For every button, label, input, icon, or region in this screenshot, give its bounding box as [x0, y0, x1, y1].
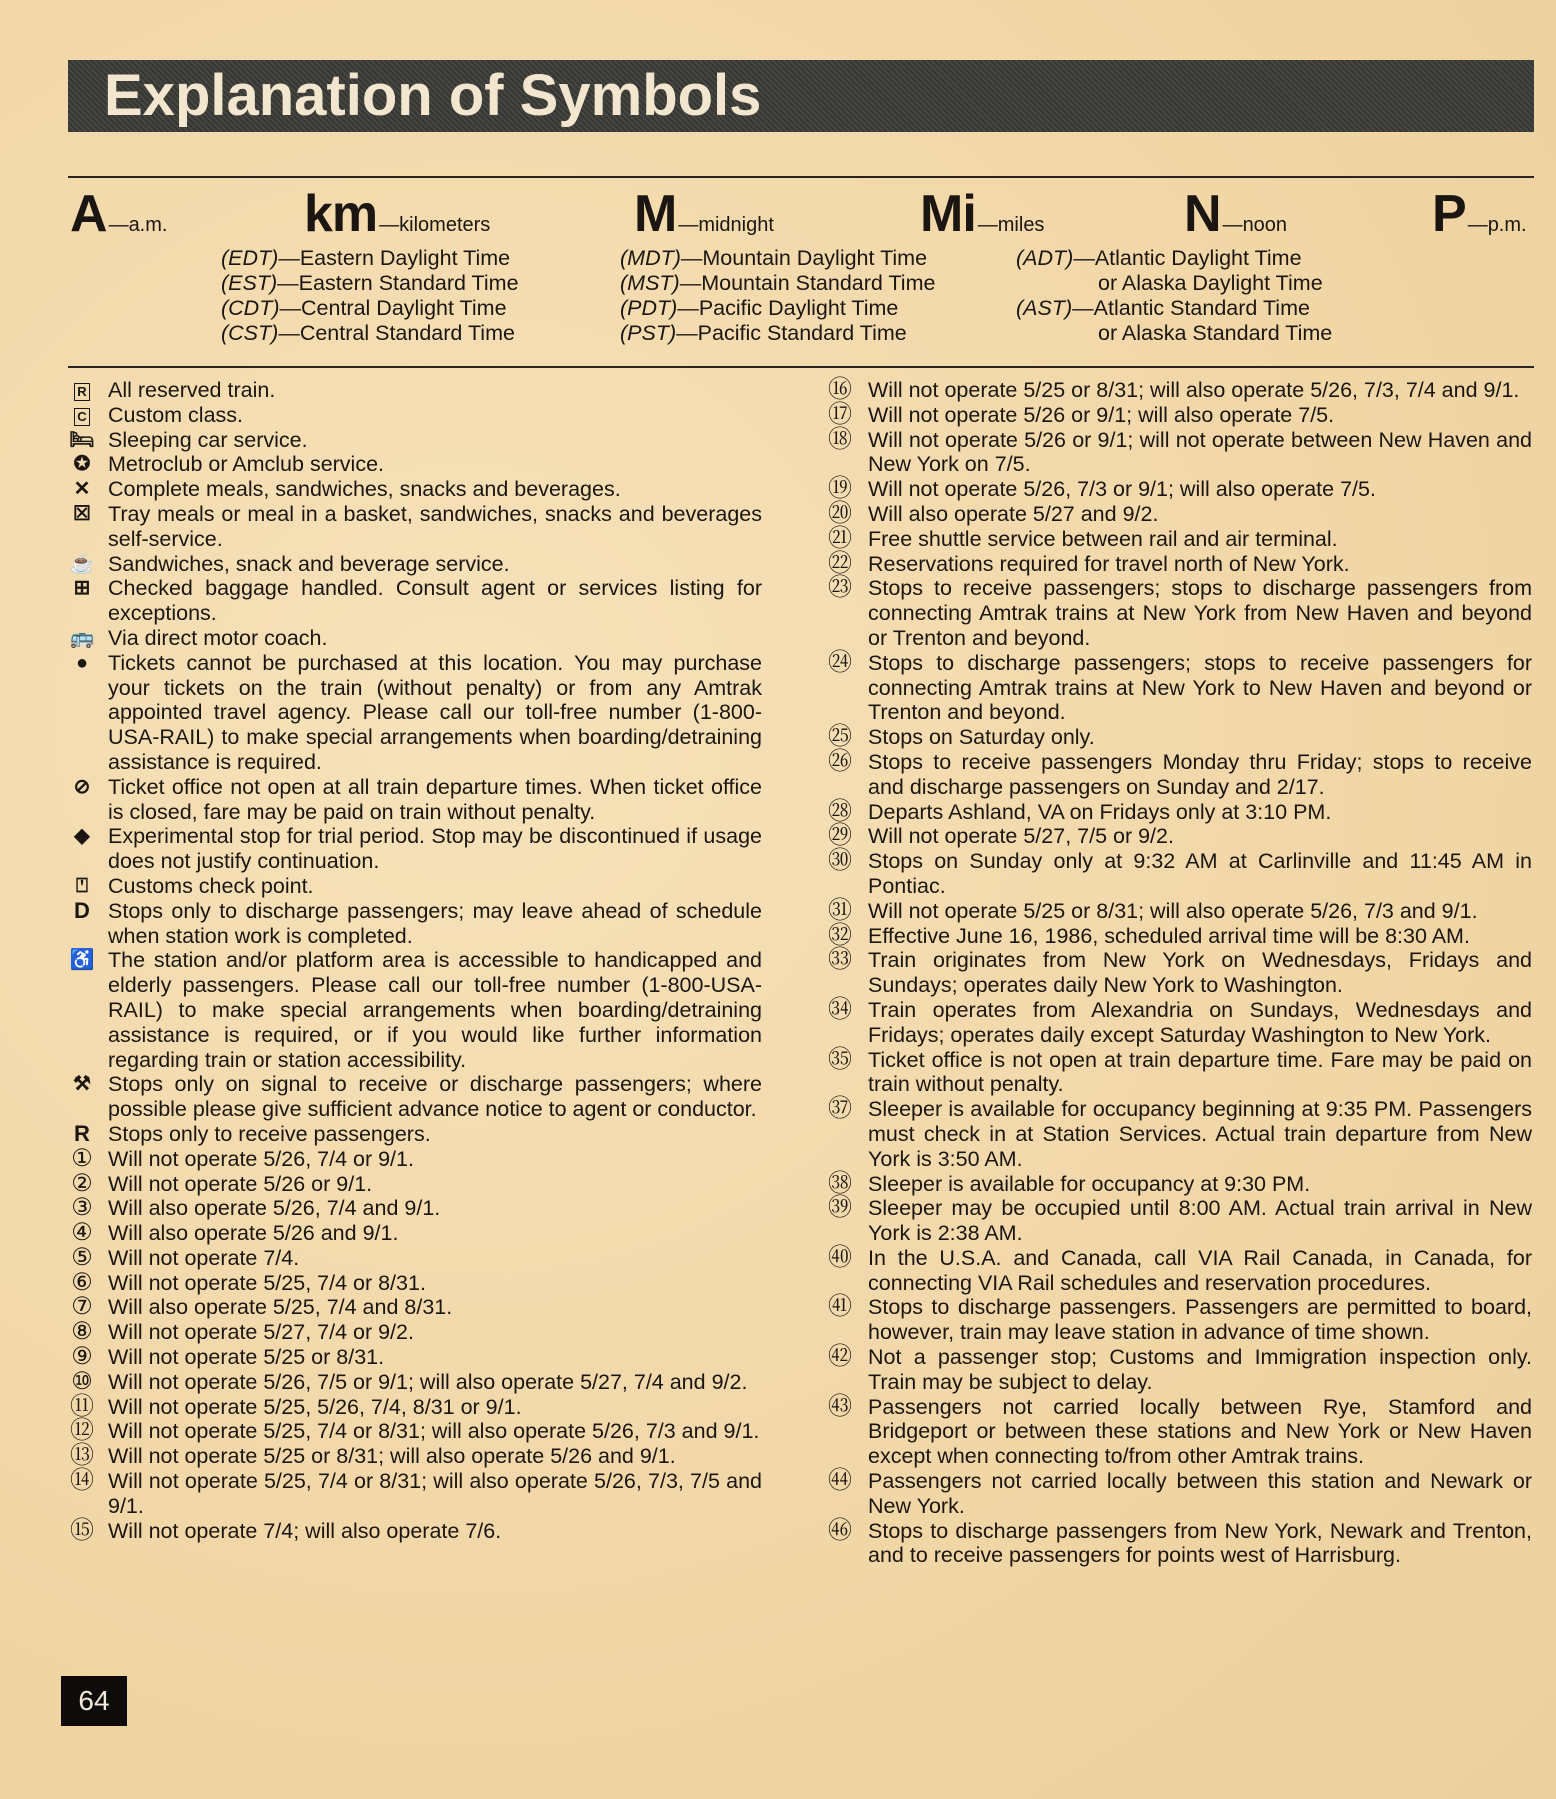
circled-14-icon: ⑭	[66, 1469, 98, 1494]
symbol-entry: ㊳Sleeper is available for occupancy at 9…	[824, 1172, 1532, 1197]
circled-8-icon: ⑧	[66, 1320, 98, 1345]
circled-32-icon: ㉜	[824, 924, 856, 949]
symbol-description: Stops to receive passengers; stops to di…	[868, 576, 1532, 650]
circled-10-icon: ⑩	[66, 1370, 98, 1395]
abbr-meaning: —p.m.	[1468, 214, 1527, 236]
symbol-entry: ⑰Will not operate 5/26 or 9/1; will also…	[824, 403, 1532, 428]
symbol-entry: ①Will not operate 5/26, 7/4 or 9/1.	[66, 1147, 762, 1172]
symbol-description: Effective June 16, 1986, scheduled arriv…	[868, 924, 1532, 949]
symbol-description: Will also operate 5/26, 7/4 and 9/1.	[108, 1196, 762, 1221]
abbr-midnight: M—midnight	[634, 188, 774, 240]
symbol-description: Will also operate 5/27 and 9/2.	[868, 502, 1532, 527]
symbol-description: Metroclub or Amclub service.	[108, 452, 762, 477]
circled-12-icon: ⑫	[66, 1419, 98, 1444]
circled-35-icon: ㉟	[824, 1048, 856, 1073]
symbol-description: Train operates from Alexandria on Sunday…	[868, 998, 1532, 1048]
circled-44-icon: ㊹	[824, 1469, 856, 1494]
circled-16-icon: ⑯	[824, 378, 856, 403]
circled-26-icon: ㉖	[824, 750, 856, 775]
symbol-description: Will not operate 5/26 or 9/1.	[108, 1172, 762, 1197]
symbol-entry: ☒Tray meals or meal in a basket, sandwic…	[66, 502, 762, 552]
symbol-description: Will not operate 5/26, 7/3 or 9/1; will …	[868, 477, 1532, 502]
tz-line: (ADT)—Atlantic Daylight Time	[1016, 246, 1332, 271]
tz-line: (PST)—Pacific Standard Time	[620, 321, 935, 346]
motor-coach-icon: 🚌	[66, 626, 98, 651]
custom-class-box-icon: C	[66, 403, 98, 428]
symbol-description: Will also operate 5/25, 7/4 and 8/31.	[108, 1295, 762, 1320]
abbr-symbol: M	[634, 185, 676, 243]
customs-icon: ⍞	[66, 874, 98, 899]
symbol-description: Will not operate 7/4.	[108, 1246, 762, 1271]
symbol-entry: ㊸Passengers not carried locally between …	[824, 1395, 1532, 1469]
symbol-description: Departs Ashland, VA on Fridays only at 3…	[868, 800, 1532, 825]
abbr-meaning: —kilometers	[379, 214, 490, 236]
symbol-entry: ㉚Stops on Sunday only at 9:32 AM at Carl…	[824, 849, 1532, 899]
symbol-entry: ㉙Will not operate 5/27, 7/5 or 9/2.	[824, 824, 1532, 849]
symbol-entry: ⊘Ticket office not open at all train dep…	[66, 775, 762, 825]
symbol-entry: ㉛Will not operate 5/25 or 8/31; will als…	[824, 899, 1532, 924]
abbr-symbol: Mi	[920, 185, 976, 243]
tz-line: (MDT)—Mountain Daylight Time	[620, 246, 935, 271]
symbol-entry: ㊹Passengers not carried locally between …	[824, 1469, 1532, 1519]
symbol-list-left: RAll reserved train.CCustom class.🛏Sleep…	[66, 378, 762, 1543]
tz-line: or Alaska Daylight Time	[1016, 271, 1332, 296]
symbol-entry: RAll reserved train.	[66, 378, 762, 403]
symbol-entry: ✪Metroclub or Amclub service.	[66, 452, 762, 477]
circled-30-icon: ㉚	[824, 849, 856, 874]
symbol-entry: ⑮Will not operate 7/4; will also operate…	[66, 1519, 762, 1544]
symbol-entry: RStops only to receive passengers.	[66, 1122, 762, 1147]
circled-13-icon: ⑬	[66, 1444, 98, 1469]
symbol-entry: CCustom class.	[66, 403, 762, 428]
circled-4-icon: ④	[66, 1221, 98, 1246]
symbol-description: Sleeper may be occupied until 8:00 AM. A…	[868, 1196, 1532, 1246]
symbol-description: Will not operate 5/27, 7/5 or 9/2.	[868, 824, 1532, 849]
circled-23-icon: ㉓	[824, 576, 856, 601]
symbol-entry: ✕Complete meals, sandwiches, snacks and …	[66, 477, 762, 502]
symbol-entry: ㊵In the U.S.A. and Canada, call VIA Rail…	[824, 1246, 1532, 1296]
symbol-entry: ④Will also operate 5/26 and 9/1.	[66, 1221, 762, 1246]
abbr-meaning: —noon	[1223, 214, 1288, 236]
symbol-entry: ⑯Will not operate 5/25 or 8/31; will als…	[824, 378, 1532, 403]
circled-17-icon: ⑰	[824, 403, 856, 428]
symbol-description: Will not operate 5/25 or 8/31; will also…	[108, 1444, 762, 1469]
symbol-entry: ⑪Will not operate 5/25, 5/26, 7/4, 8/31 …	[66, 1395, 762, 1420]
page-number: 64	[61, 1676, 127, 1726]
divider-middle	[68, 366, 1534, 368]
symbol-description: Stops only on signal to receive or disch…	[108, 1072, 762, 1122]
symbol-entry: ⑩Will not operate 5/26, 7/5 or 9/1; will…	[66, 1370, 762, 1395]
abbr-symbol: A	[70, 185, 107, 243]
time-zones-mountain-pacific: (MDT)—Mountain Daylight Time (MST)—Mount…	[620, 246, 935, 346]
symbol-description: Will not operate 5/25, 5/26, 7/4, 8/31 o…	[108, 1395, 762, 1420]
circled-11-icon: ⑪	[66, 1395, 98, 1420]
abbr-meaning: —midnight	[678, 214, 774, 236]
tz-line: (EST)—Eastern Standard Time	[221, 271, 519, 296]
circled-19-icon: ⑲	[824, 477, 856, 502]
abbr-noon: N—noon	[1184, 188, 1287, 240]
discharge-d-icon: D	[66, 899, 98, 924]
symbol-description: Will not operate 5/26 or 9/1; will not o…	[868, 428, 1532, 478]
circled-1-icon: ①	[66, 1147, 98, 1172]
symbol-description: Checked baggage handled. Consult agent o…	[108, 576, 762, 626]
symbol-entry: ②Will not operate 5/26 or 9/1.	[66, 1172, 762, 1197]
symbol-description: Tickets cannot be purchased at this loca…	[108, 651, 762, 775]
diamond-icon: ◆	[66, 824, 98, 849]
symbol-entry: ⚒Stops only on signal to receive or disc…	[66, 1072, 762, 1122]
circled-6-icon: ⑥	[66, 1271, 98, 1296]
no-ticket-office-icon: ⊘	[66, 775, 98, 800]
circled-15-icon: ⑮	[66, 1519, 98, 1544]
symbol-entry: ⑭Will not operate 5/25, 7/4 or 8/31; wil…	[66, 1469, 762, 1519]
receive-r-icon: R	[66, 1122, 98, 1147]
symbol-entry: ㉟Ticket office is not open at train depa…	[824, 1048, 1532, 1098]
symbol-entry: ⑤Will not operate 7/4.	[66, 1246, 762, 1271]
symbol-description: Train originates from New York on Wednes…	[868, 948, 1532, 998]
page-title: Explanation of Symbols	[104, 60, 761, 132]
tz-line: (PDT)—Pacific Daylight Time	[620, 296, 935, 321]
tz-line: (EDT)—Eastern Daylight Time	[221, 246, 519, 271]
symbol-entry: ㊷Not a passenger stop; Customs and Immig…	[824, 1345, 1532, 1395]
signal-flags-icon: ⚒	[66, 1072, 98, 1097]
circled-29-icon: ㉙	[824, 824, 856, 849]
title-banner: Explanation of Symbols	[68, 60, 1534, 132]
symbol-description: Stops on Saturday only.	[868, 725, 1532, 750]
symbol-entry: ㉜Effective June 16, 1986, scheduled arri…	[824, 924, 1532, 949]
symbol-description: Ticket office is not open at train depar…	[868, 1048, 1532, 1098]
symbol-entry: 🛏Sleeping car service.	[66, 428, 762, 453]
reserved-box-icon: R	[66, 378, 98, 403]
tz-line: or Alaska Standard Time	[1016, 321, 1332, 346]
circled-7-icon: ⑦	[66, 1295, 98, 1320]
symbol-entry: ◆Experimental stop for trial period. Sto…	[66, 824, 762, 874]
abbr-km: km—kilometers	[304, 188, 490, 240]
symbol-description: Will not operate 5/25, 7/4 or 8/31; will…	[108, 1469, 762, 1519]
divider-top	[68, 176, 1534, 178]
symbol-description: Will not operate 5/27, 7/4 or 9/2.	[108, 1320, 762, 1345]
symbol-description: Sandwiches, snack and beverage service.	[108, 552, 762, 577]
symbol-entry: ☕Sandwiches, snack and beverage service.	[66, 552, 762, 577]
circled-40-icon: ㊵	[824, 1246, 856, 1271]
symbol-entry: DStops only to discharge passengers; may…	[66, 899, 762, 949]
circled-39-icon: ㊴	[824, 1196, 856, 1221]
circled-18-icon: ⑱	[824, 428, 856, 453]
circled-33-icon: ㉝	[824, 948, 856, 973]
symbol-entry: ⊞Checked baggage handled. Consult agent …	[66, 576, 762, 626]
time-zones-eastern-central: (EDT)—Eastern Daylight Time (EST)—Easter…	[221, 246, 519, 346]
symbol-description: Not a passenger stop; Customs and Immigr…	[868, 1345, 1532, 1395]
symbol-description: Reservations required for travel north o…	[868, 552, 1532, 577]
circled-43-icon: ㊸	[824, 1395, 856, 1420]
abbr-am: A—a.m.	[70, 188, 167, 240]
symbol-description: Sleeper is available for occupancy begin…	[868, 1097, 1532, 1171]
symbol-description: Tray meals or meal in a basket, sandwich…	[108, 502, 762, 552]
symbol-description: Sleeper is available for occupancy at 9:…	[868, 1172, 1532, 1197]
sleeping-car-icon: 🛏	[66, 428, 98, 453]
symbol-entry: ⑥Will not operate 5/25, 7/4 or 8/31.	[66, 1271, 762, 1296]
fork-knife-icon: ✕	[66, 477, 98, 502]
symbol-entry: ⑱Will not operate 5/26 or 9/1; will not …	[824, 428, 1532, 478]
symbol-entry: ㊲Sleeper is available for occupancy begi…	[824, 1097, 1532, 1171]
circled-31-icon: ㉛	[824, 899, 856, 924]
bullet-dot-icon: ●	[66, 651, 98, 676]
symbol-entry: ⍞Customs check point.	[66, 874, 762, 899]
symbol-description: Will not operate 5/25 or 8/31.	[108, 1345, 762, 1370]
symbol-description: Customs check point.	[108, 874, 762, 899]
symbol-list-right: ⑯Will not operate 5/25 or 8/31; will als…	[824, 378, 1532, 1568]
symbol-description: Stops to discharge passengers from New Y…	[868, 1519, 1532, 1569]
symbol-description: Will not operate 5/26, 7/4 or 9/1.	[108, 1147, 762, 1172]
circled-9-icon: ⑨	[66, 1345, 98, 1370]
circled-38-icon: ㊳	[824, 1172, 856, 1197]
circled-42-icon: ㊷	[824, 1345, 856, 1370]
tz-line: (AST)—Atlantic Standard Time	[1016, 296, 1332, 321]
symbol-entry: 🚌Via direct motor coach.	[66, 626, 762, 651]
symbol-description: Passengers not carried locally between t…	[868, 1469, 1532, 1519]
symbol-description: Will not operate 5/26 or 9/1; will also …	[868, 403, 1532, 428]
symbol-entry: ㊻Stops to discharge passengers from New …	[824, 1519, 1532, 1569]
symbol-entry: ㉒Reservations required for travel north …	[824, 552, 1532, 577]
circled-22-icon: ㉒	[824, 552, 856, 577]
circled-46-icon: ㊻	[824, 1519, 856, 1544]
abbr-pm: P—p.m.	[1432, 188, 1527, 240]
symbol-entry: ⑳Will also operate 5/27 and 9/2.	[824, 502, 1532, 527]
symbol-entry: ⑧Will not operate 5/27, 7/4 or 9/2.	[66, 1320, 762, 1345]
symbol-entry: ㊶Stops to discharge passengers. Passenge…	[824, 1295, 1532, 1345]
symbol-entry: ㉖Stops to receive passengers Monday thru…	[824, 750, 1532, 800]
abbr-meaning: —miles	[978, 214, 1045, 236]
symbol-description: Will not operate 5/25, 7/4 or 8/31; will…	[108, 1419, 762, 1444]
abbreviation-row: A—a.m. km—kilometers M—midnight Mi—miles…	[68, 188, 1534, 240]
symbol-entry: ♿The station and/or platform area is acc…	[66, 948, 762, 1072]
symbol-description: Stops only to discharge passengers; may …	[108, 899, 762, 949]
symbol-description: Custom class.	[108, 403, 762, 428]
symbol-description: Will not operate 5/26, 7/5 or 9/1; will …	[108, 1370, 762, 1395]
circled-34-icon: ㉞	[824, 998, 856, 1023]
symbol-entry: ⑨Will not operate 5/25 or 8/31.	[66, 1345, 762, 1370]
tz-line: (MST)—Mountain Standard Time	[620, 271, 935, 296]
metroclub-star-icon: ✪	[66, 452, 98, 477]
symbol-description: Stops only to receive passengers.	[108, 1122, 762, 1147]
symbol-entry: ●Tickets cannot be purchased at this loc…	[66, 651, 762, 775]
symbol-description: Will not operate 5/25 or 8/31; will also…	[868, 378, 1532, 403]
symbol-description: Via direct motor coach.	[108, 626, 762, 651]
symbol-entry: ⑫Will not operate 5/25, 7/4 or 8/31; wil…	[66, 1419, 762, 1444]
circled-25-icon: ㉕	[824, 725, 856, 750]
symbol-description: All reserved train.	[108, 378, 762, 403]
circled-2-icon: ②	[66, 1172, 98, 1197]
symbol-entry: ㉔Stops to discharge passengers; stops to…	[824, 651, 1532, 725]
symbol-description: Sleeping car service.	[108, 428, 762, 453]
baggage-icon: ⊞	[66, 576, 98, 601]
symbol-description: Ticket office not open at all train depa…	[108, 775, 762, 825]
symbol-description: Will not operate 5/25, 7/4 or 8/31.	[108, 1271, 762, 1296]
symbol-description: Passengers not carried locally between R…	[868, 1395, 1532, 1469]
symbol-description: Will not operate 5/25 or 8/31; will also…	[868, 899, 1532, 924]
symbol-entry: ㉞Train operates from Alexandria on Sunda…	[824, 998, 1532, 1048]
time-zones-atlantic-alaska: (ADT)—Atlantic Daylight Time or Alaska D…	[1016, 246, 1332, 346]
symbol-entry: ㉕Stops on Saturday only.	[824, 725, 1532, 750]
symbol-description: Stops to receive passengers Monday thru …	[868, 750, 1532, 800]
tz-line: (CST)—Central Standard Time	[221, 321, 519, 346]
symbol-description: Complete meals, sandwiches, snacks and b…	[108, 477, 762, 502]
circled-41-icon: ㊶	[824, 1295, 856, 1320]
circled-5-icon: ⑤	[66, 1246, 98, 1271]
symbol-description: Will not operate 7/4; will also operate …	[108, 1519, 762, 1544]
abbr-symbol: N	[1184, 185, 1221, 243]
symbol-description: In the U.S.A. and Canada, call VIA Rail …	[868, 1246, 1532, 1296]
symbol-entry: ③Will also operate 5/26, 7/4 and 9/1.	[66, 1196, 762, 1221]
coffee-cup-icon: ☕	[66, 552, 98, 577]
circled-20-icon: ⑳	[824, 502, 856, 527]
symbol-entry: ⑬Will not operate 5/25 or 8/31; will als…	[66, 1444, 762, 1469]
abbr-symbol: km	[304, 185, 377, 243]
circled-28-icon: ㉘	[824, 800, 856, 825]
symbol-description: Stops on Sunday only at 9:32 AM at Carli…	[868, 849, 1532, 899]
symbol-description: Experimental stop for trial period. Stop…	[108, 824, 762, 874]
circled-24-icon: ㉔	[824, 651, 856, 676]
circled-21-icon: ㉑	[824, 527, 856, 552]
symbol-entry: ⑦Will also operate 5/25, 7/4 and 8/31.	[66, 1295, 762, 1320]
circled-3-icon: ③	[66, 1196, 98, 1221]
symbol-entry: ⑲Will not operate 5/26, 7/3 or 9/1; will…	[824, 477, 1532, 502]
symbol-description: Stops to discharge passengers; stops to …	[868, 651, 1532, 725]
symbol-entry: ㉑Free shuttle service between rail and a…	[824, 527, 1532, 552]
symbol-description: Will also operate 5/26 and 9/1.	[108, 1221, 762, 1246]
symbol-entry: ㉘Departs Ashland, VA on Fridays only at …	[824, 800, 1532, 825]
abbr-meaning: —a.m.	[109, 214, 168, 236]
abbr-miles: Mi—miles	[920, 188, 1044, 240]
circled-37-icon: ㊲	[824, 1097, 856, 1122]
symbol-description: Stops to discharge passengers. Passenger…	[868, 1295, 1532, 1345]
symbol-description: Free shuttle service between rail and ai…	[868, 527, 1532, 552]
tz-line: (CDT)—Central Daylight Time	[221, 296, 519, 321]
symbol-entry: ㊴Sleeper may be occupied until 8:00 AM. …	[824, 1196, 1532, 1246]
symbol-description: The station and/or platform area is acce…	[108, 948, 762, 1072]
symbol-entry: ㉓Stops to receive passengers; stops to d…	[824, 576, 1532, 650]
symbol-entry: ㉝Train originates from New York on Wedne…	[824, 948, 1532, 998]
abbr-symbol: P	[1432, 185, 1466, 243]
tray-meal-icon: ☒	[66, 502, 98, 527]
wheelchair-icon: ♿	[66, 948, 98, 973]
